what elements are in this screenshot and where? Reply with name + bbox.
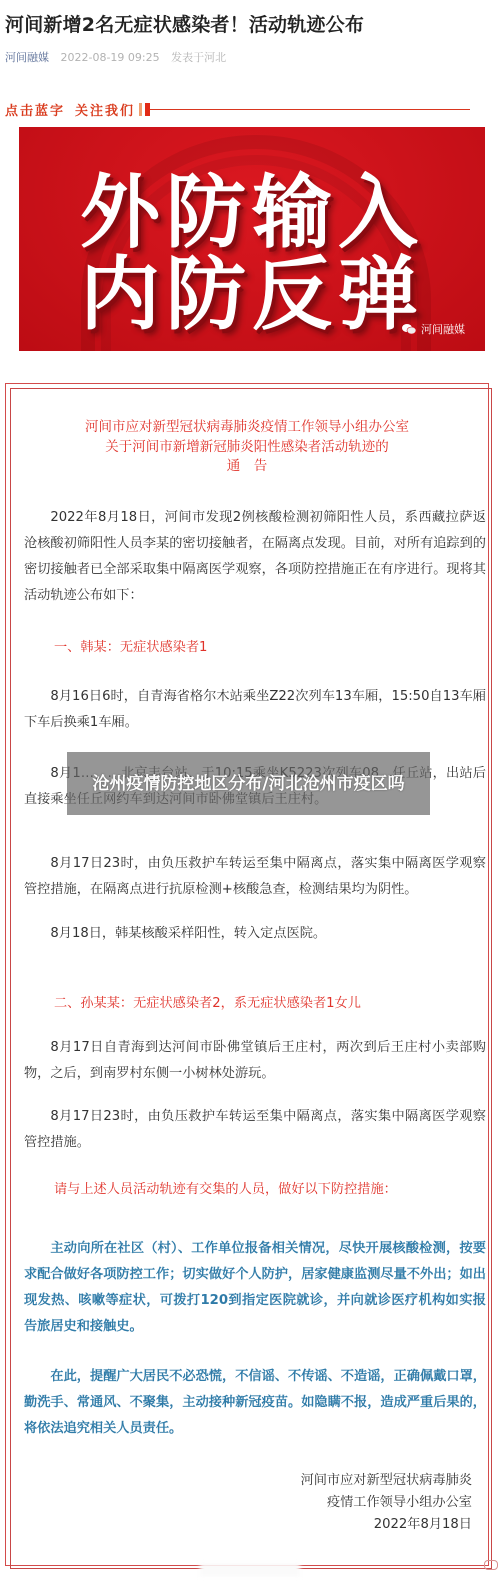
measures-paragraph: 主动向所在社区（村）、工作单位报备相关情况，尽快开展核酸检测，按要求配合做好各项… [24,1236,486,1340]
case2-paragraph-2: 8月17日23时，由负压救护车转运至集中隔离点，落实集中隔离医学观察管控措施。 [24,1104,486,1156]
follow-text-2: 关注我们 [75,104,135,119]
banner-slogan-line1: 外防输入 [19,171,485,255]
overlay-caption: 沧州疫情防控地区分布/河北沧州市疫区吗 [67,752,430,815]
banner-watermark: 河间融媒 [401,321,465,337]
notice-header-line2: 关于河间市新增新冠肺炎阳性感染者活动轨迹的 [6,437,488,457]
case1-paragraph-4: 8月18日，韩某核酸采样阳性，转入定点医院。 [24,921,486,947]
case2-heading: 二、孙某某：无症状感染者2，系无症状感染者1女儿 [54,994,361,1014]
divider-line [150,109,470,110]
signature-line1: 河间市应对新型冠状病毒肺炎 [301,1470,472,1492]
banner-image: 外防输入 内防反弹 河间融媒 [19,127,485,351]
publish-time: 2022-08-19 09:25 [61,51,160,64]
measures-heading: 请与上述人员活动轨迹有交集的人员，做好以下防控措施： [54,1180,397,1200]
follow-text: 点击蓝字关注我们 [5,100,135,119]
bottom-fade [200,1563,300,1577]
case2-paragraph-1: 8月17日自青海到达河间市卧佛堂镇后王庄村，两次到后王庄村小卖部购物，之后，到南… [24,1035,486,1087]
notice-intro: 2022年8月18日，河间市发现2例核酸检测初筛阳性人员，系西藏拉萨返沧核酸初筛… [24,505,486,609]
follow-text-1: 点击蓝字 [5,104,65,119]
case1-paragraph-1: 8月16日6时，自青海省格尔木站乘坐Z22次列车13车厢，15:50自13车厢下… [24,684,486,736]
notice-document: 河间市应对新型冠状病毒肺炎疫情工作领导小组办公室 关于河间市新增新冠肺炎阳性感染… [5,383,489,1566]
wechat-icon [401,323,417,335]
follow-bar[interactable]: 点击蓝字关注我们 [5,100,470,118]
signature-line2: 疫情工作领导小组办公室 [327,1492,472,1514]
corner-clip-icon [484,1560,498,1570]
case1-paragraph-3: 8月17日23时，由负压救护车转运至集中隔离点，落实集中隔离医学观察管控措施，在… [24,851,486,903]
notice-header-line1: 河间市应对新型冠状病毒肺炎疫情工作领导小组办公室 [6,417,488,437]
notice-header-line3: 通 告 [6,456,488,476]
divider-bar-light [139,103,142,116]
signature-date: 2022年8月18日 [374,1514,472,1536]
author-link[interactable]: 河间融媒 [5,51,49,64]
case1-heading: 一、韩某：无症状感染者1 [54,638,207,658]
article-meta: 河间融媒 2022-08-19 09:25 发表于河北 [5,50,226,66]
publish-location: 发表于河北 [171,51,226,64]
article-title: 河间新增2名无症状感染者！活动轨迹公布 [5,12,495,38]
watermark-text: 河间融媒 [421,321,465,337]
reminder-paragraph: 在此，提醒广大居民不必恐慌，不信谣、不传谣、不造谣，正确佩戴口罩，勤洗手、常通风… [24,1364,486,1442]
